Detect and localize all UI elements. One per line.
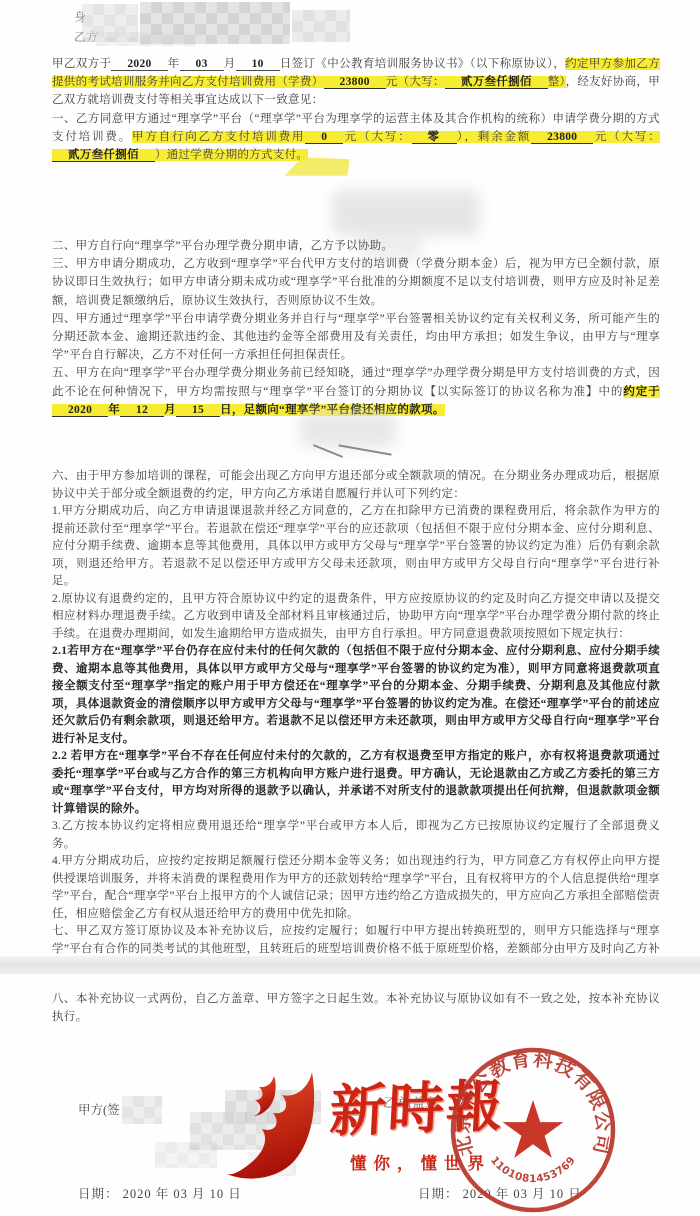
clause-6-sub-2: 2.原协议有退费约定的，且甲方符合原协议中约定的退费条件，甲方应按原协议的约定及…	[52, 591, 660, 644]
clause-4: 四、甲方通过“理享学”平台申请学费分期业务并自行与“理享学”平台签署相关协议约定…	[52, 310, 660, 365]
clause-6-intro: 六、由于甲方参加培训的课程，可能会出现乙方向甲方退还部分或全额款项的情况。在分期…	[52, 468, 660, 503]
company-seal-stamp: 北京中公教育科技有限公司 1101081453769	[447, 1044, 619, 1216]
news-logo-flame-icon	[224, 1070, 336, 1182]
seal-star-icon	[503, 1100, 564, 1158]
scanned-contract-page: 身 乙方 甲乙双方于2020年03月10日签订《中公教育培训服务协议书》（以下称…	[0, 0, 700, 1216]
clause-6-sub-2-2: 2.2 若甲方在“理享学”平台不存在任何应付未付的欠款的，乙方有权退费至甲方指定…	[52, 748, 660, 818]
clause-5: 五、甲方在向“理享学”平台办理学费分期业务前已经知晓，通过“理享学”办理学费分期…	[52, 364, 660, 419]
party-a-signature-label: 甲方(签	[78, 1100, 120, 1118]
clause-3: 三、甲方申请分期成功，乙方收到“理享学”平台代甲方支付的培训费（学费分期本金）后…	[52, 255, 660, 310]
contract-body-lower: 六、由于甲方参加培训的课程，可能会出现乙方向甲方退还部分或全额款项的情况。在分期…	[52, 468, 660, 976]
redacted-header: 身 乙方	[52, 4, 452, 52]
signature-redaction-mosaic	[155, 1142, 217, 1168]
clause-8: 八、本补充协议一式两份，自乙方盖章、甲方签字之日起生效。本补充协议与原协议如有不…	[52, 990, 660, 1026]
clause-6-sub-1: 1.甲方分期成功后，向乙方申请退课退款并经乙方同意的，乙方在扣除甲方已消费的课程…	[52, 503, 660, 591]
redaction-mosaic	[96, 32, 196, 46]
date-label: 日期：	[78, 1187, 119, 1201]
clause-2: 二、甲方自行向“理享学”平台办理学费分期申请，乙方予以协助。	[52, 237, 660, 255]
date-a-value: 2020 年 03 月 10 日	[123, 1187, 242, 1201]
redaction-mosaic	[292, 10, 350, 42]
svg-text:1101081453769: 1101081453769	[488, 1154, 579, 1185]
redaction-blob	[300, 412, 396, 448]
contract-body-middle: 二、甲方自行向“理享学”平台办理学费分期申请，乙方予以协助。 三、甲方申请分期成…	[52, 237, 660, 419]
contract-body-bottom: 八、本补充协议一式两份，自乙方盖章、甲方签字之日起生效。本补充协议与原协议如有不…	[52, 990, 660, 1026]
signature-redaction-mosaic	[122, 1096, 162, 1124]
clause-6-sub-2-1: 2.1若甲方在“理享学”平台仍存在应付未付的任何欠款的（包括但不限于应付分期本金…	[52, 643, 660, 748]
page-break-band	[0, 956, 700, 974]
redaction-blob	[332, 190, 480, 236]
intro-paragraph: 甲乙双方于2020年03月10日签订《中公教育培训服务协议书》（以下称原协议），…	[52, 55, 660, 110]
contract-body-top: 甲乙双方于2020年03月10日签订《中公教育培训服务协议书》（以下称原协议），…	[52, 55, 660, 164]
clause-6-sub-3: 3.乙方按本协议约定将相应费用退还给“理享学”平台或甲方本人后，即视为乙方已按原…	[52, 818, 660, 853]
clause-6-sub-4: 4.甲方分期成功后，应按约定按期足额履行偿还分期本金等义务；如出现违约行为，甲方…	[52, 853, 660, 923]
clause-1: 一、乙方同意甲方通过“理享学”平台（“理享学”平台为理享学的运营主体及其合作机构…	[52, 110, 660, 165]
party-a-date: 日期： 2020 年 03 月 10 日	[78, 1184, 242, 1202]
seal-registration-number: 1101081453769	[488, 1154, 579, 1185]
